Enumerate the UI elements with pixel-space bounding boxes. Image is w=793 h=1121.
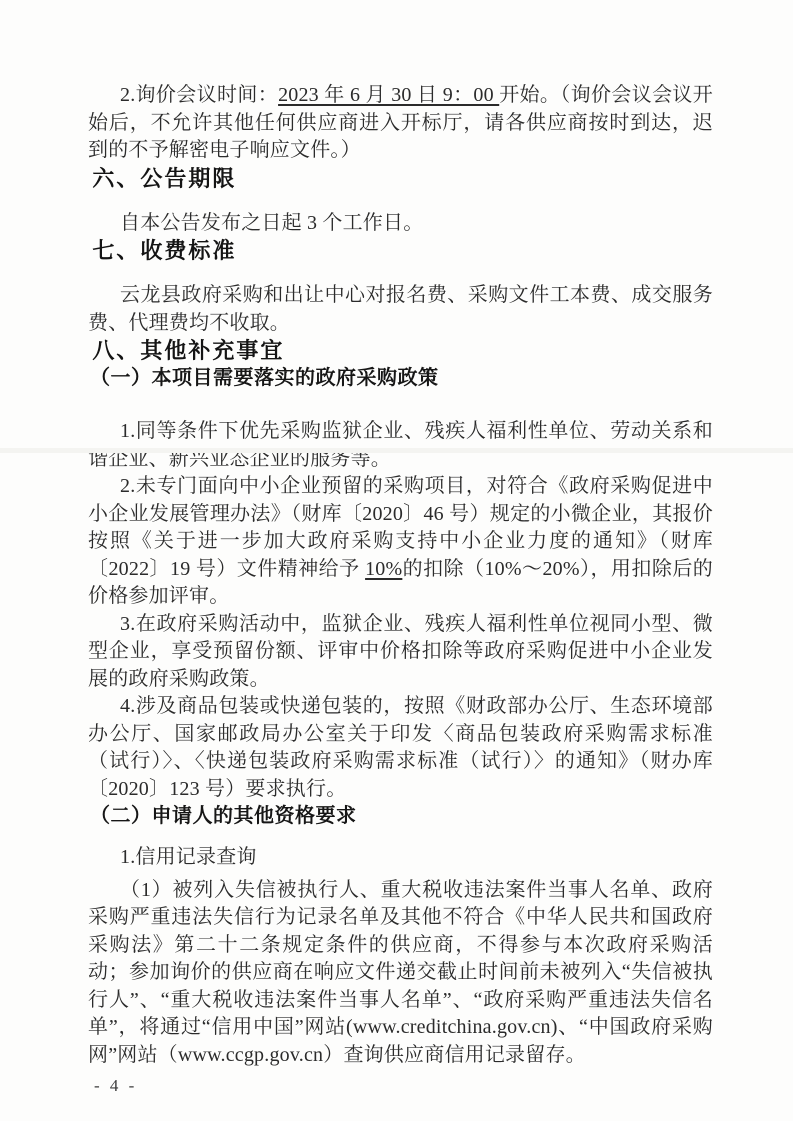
paragraph-policy-item-3: 3.在政府采购活动中，监狱企业、残疾人福利性单位视同小型、微型企业，享受预留份额… [88,611,713,694]
document-page: 2.询价会议时间：2023 年 6 月 30 日 9：00 开始。（询价会议会议… [0,0,793,1121]
paragraph-policy-item-4: 4.涉及商品包装或快递包装的，按照《财政部办公厅、生态环境部办公厅、国家邮政局办… [88,693,713,803]
paragraph-fee-standard: 云龙县政府采购和出让中心对报名费、采购文件工本费、成交服务费、代理费均不收取。 [88,282,713,337]
paragraph-credit-record-detail: （1）被列入失信被执行人、重大税收违法案件当事人名单、政府采购严重违法失信行为记… [88,877,713,1070]
policy-item-2-underline: 10% [365,558,402,580]
section-heading-announcement-period: 六、公告期限 [88,165,713,193]
paragraph-inquiry-meeting-time: 2.询价会议时间：2023 年 6 月 30 日 9：00 开始。（询价会议会议… [88,82,713,165]
paragraph-credit-record-title: 1.信用记录查询 [88,844,713,872]
paragraph-policy-item-1: 1.同等条件下优先采购监狱企业、残疾人福利性单位、劳动关系和谐企业、新兴业态企业… [88,418,713,473]
inquiry-meeting-time-prefix: 2.询价会议时间： [120,84,278,106]
page-number: - 4 - [94,1076,713,1096]
paragraph-policy-item-2: 2.未专门面向中小企业预留的采购项目，对符合《政府采购促进中小企业发展管理办法》… [88,473,713,611]
subsection-heading-procurement-policy: （一）本项目需要落实的政府采购政策 [88,365,713,392]
section-heading-other-matters: 八、其他补充事宜 [88,337,713,365]
paragraph-announcement-period: 自本公告发布之日起 3 个工作日。 [88,210,713,238]
section-heading-fee-standard: 七、收费标准 [88,237,713,265]
subsection-heading-applicant-qualification: （二）申请人的其他资格要求 [88,803,713,830]
inquiry-meeting-time-underline: 2023 年 6 月 30 日 9：00 [278,84,499,106]
